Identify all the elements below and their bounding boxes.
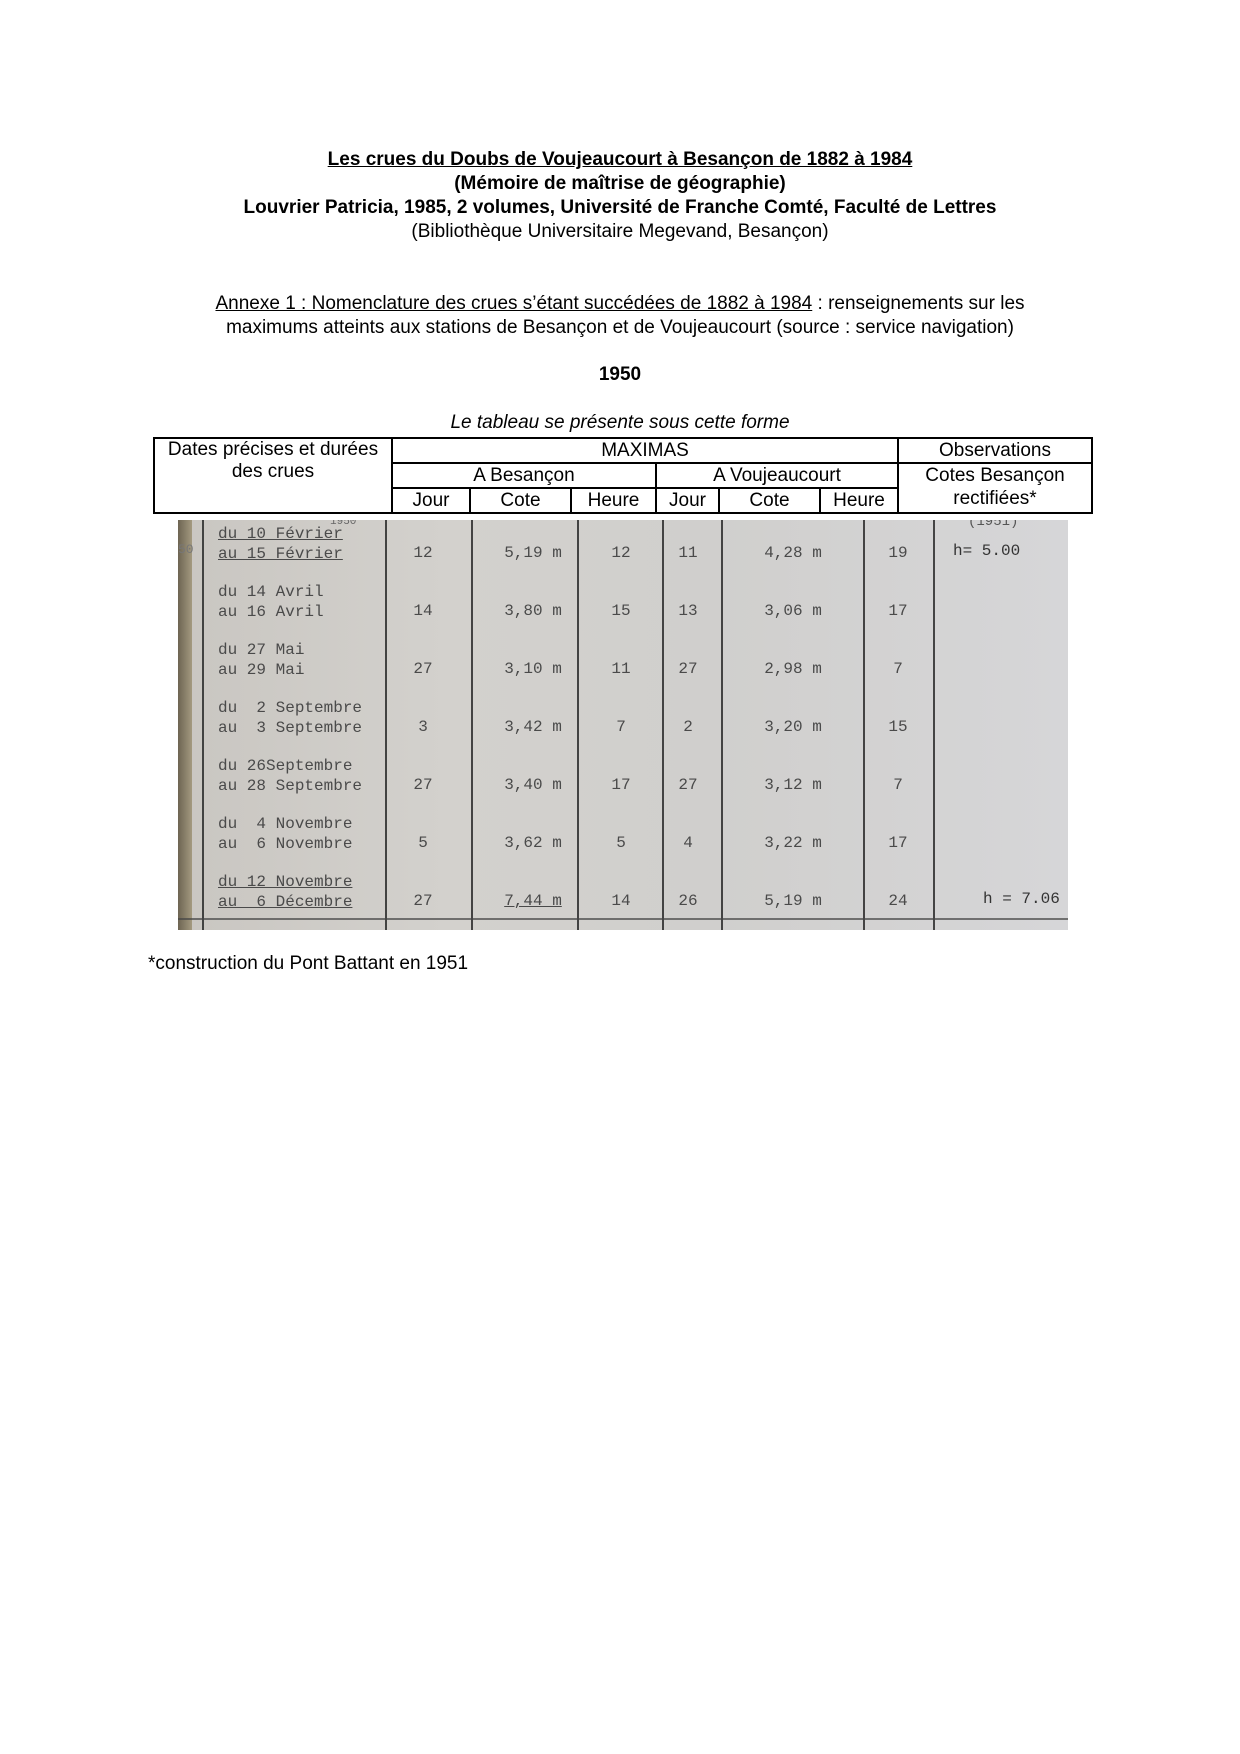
document-header: Les crues du Doubs de Voujeaucourt à Bes… <box>0 148 1240 244</box>
date-from: du 4 Novembre <box>218 815 352 833</box>
besancon-jour: 27 <box>393 660 453 678</box>
header-v-jour: Jour <box>656 488 719 513</box>
library-line: (Bibliothèque Universitaire Megevand, Be… <box>0 220 1240 244</box>
observation: h = 7.06 <box>983 890 1060 908</box>
table-header: Dates précises et durées des crues MAXIM… <box>153 437 1093 514</box>
table-row: du 12 Novembre au 6 Décembre277,44 m1426… <box>178 872 1068 922</box>
date-from: du 26Septembre <box>218 757 352 775</box>
date-from: du 14 Avril <box>218 583 324 601</box>
voujeaucourt-heure: 7 <box>868 776 928 794</box>
footnote: *construction du Pont Battant en 1951 <box>148 953 468 975</box>
besancon-cote: 3,62 m <box>478 834 588 852</box>
besancon-heure: 5 <box>586 834 656 852</box>
table-intro: Le tableau se présente sous cette forme <box>0 412 1240 434</box>
besancon-heure: 7 <box>586 718 656 736</box>
voujeaucourt-jour: 13 <box>658 602 718 620</box>
voujeaucourt-heure: 24 <box>868 892 928 910</box>
date-to: au 3 Septembre <box>218 719 362 737</box>
table-row: du 2 Septembre au 3 Septembre33,42 m723,… <box>178 698 1068 748</box>
besancon-heure: 14 <box>586 892 656 910</box>
date-from: du 10 Février <box>218 525 343 543</box>
header-v-heure: Heure <box>820 488 898 513</box>
voujeaucourt-cote: 3,12 m <box>718 776 868 794</box>
date-from: du 2 Septembre <box>218 699 362 717</box>
besancon-cote: 7,44 m <box>478 892 588 910</box>
table-row: du 4 Novembre au 6 Novembre53,62 m543,22… <box>178 814 1068 864</box>
header-b-cote: Cote <box>470 488 571 513</box>
author-line: Louvrier Patricia, 1985, 2 volumes, Univ… <box>0 196 1240 220</box>
flood-dates: du 2 Septembre au 3 Septembre <box>218 698 362 738</box>
header-cotes-rectifiees: Cotes Besançon rectifiées* <box>898 463 1092 513</box>
voujeaucourt-jour: 26 <box>658 892 718 910</box>
voujeaucourt-jour: 11 <box>658 544 718 562</box>
flood-dates: du 12 Novembre au 6 Décembre <box>218 872 352 912</box>
voujeaucourt-heure: 17 <box>868 602 928 620</box>
voujeaucourt-jour: 2 <box>658 718 718 736</box>
annex-rest: : renseignements sur les <box>812 293 1024 314</box>
header-dates: Dates précises et durées des crues <box>154 438 392 513</box>
header-besancon: A Besançon <box>392 463 656 488</box>
document-subtitle: (Mémoire de maîtrise de géographie) <box>0 172 1240 196</box>
annex-line2: maximums atteints aux stations de Besanç… <box>0 316 1240 340</box>
header-voujeaucourt: A Voujeaucourt <box>656 463 898 488</box>
voujeaucourt-heure: 7 <box>868 660 928 678</box>
besancon-cote: 3,80 m <box>478 602 588 620</box>
flood-dates: du 26Septembre au 28 Septembre <box>218 756 362 796</box>
header-v-cote: Cote <box>719 488 820 513</box>
date-to: au 16 Avril <box>218 603 324 621</box>
flood-dates: du 27 Mai au 29 Mai <box>218 640 304 680</box>
year-heading: 1950 <box>0 364 1240 386</box>
besancon-cote: 3,10 m <box>478 660 588 678</box>
voujeaucourt-jour: 27 <box>658 660 718 678</box>
besancon-jour: 12 <box>393 544 453 562</box>
header-b-heure: Heure <box>571 488 656 513</box>
header-maximas: MAXIMAS <box>392 438 898 463</box>
table-row: du 10 Février au 15 Février125,19 m12114… <box>178 524 1068 574</box>
annex-label: Annexe 1 : Nomenclature des crues s’étan… <box>215 293 812 314</box>
table-row: du 27 Mai au 29 Mai273,10 m11272,98 m7 <box>178 640 1068 690</box>
besancon-jour: 27 <box>393 776 453 794</box>
annex-description: Annexe 1 : Nomenclature des crues s’étan… <box>0 292 1240 340</box>
voujeaucourt-heure: 17 <box>868 834 928 852</box>
besancon-jour: 14 <box>393 602 453 620</box>
flood-dates: du 14 Avril au 16 Avril <box>218 582 324 622</box>
besancon-cote: 3,40 m <box>478 776 588 794</box>
voujeaucourt-cote: 3,20 m <box>718 718 868 736</box>
scanned-table-photo: 50 1950 (1951) du 10 Février au 15 Févri… <box>178 520 1068 930</box>
besancon-cote: 3,42 m <box>478 718 588 736</box>
voujeaucourt-jour: 27 <box>658 776 718 794</box>
flood-dates: du 10 Février au 15 Février <box>218 524 343 564</box>
besancon-heure: 17 <box>586 776 656 794</box>
date-to: au 6 Novembre <box>218 835 352 853</box>
date-to: au 28 Septembre <box>218 777 362 795</box>
voujeaucourt-heure: 19 <box>868 544 928 562</box>
besancon-heure: 11 <box>586 660 656 678</box>
besancon-heure: 15 <box>586 602 656 620</box>
besancon-jour: 3 <box>393 718 453 736</box>
besancon-jour: 5 <box>393 834 453 852</box>
header-b-jour: Jour <box>392 488 470 513</box>
date-to: au 6 Décembre <box>218 893 352 911</box>
date-from: du 27 Mai <box>218 641 304 659</box>
voujeaucourt-cote: 2,98 m <box>718 660 868 678</box>
voujeaucourt-cote: 5,19 m <box>718 892 868 910</box>
voujeaucourt-cote: 3,22 m <box>718 834 868 852</box>
besancon-jour: 27 <box>393 892 453 910</box>
observation: h= 5.00 <box>953 542 1020 560</box>
date-from: du 12 Novembre <box>218 873 352 891</box>
table-row: du 14 Avril au 16 Avril143,80 m15133,06 … <box>178 582 1068 632</box>
date-to: au 15 Février <box>218 545 343 563</box>
voujeaucourt-cote: 3,06 m <box>718 602 868 620</box>
document-title: Les crues du Doubs de Voujeaucourt à Bes… <box>0 148 1240 172</box>
flood-dates: du 4 Novembre au 6 Novembre <box>218 814 352 854</box>
voujeaucourt-cote: 4,28 m <box>718 544 868 562</box>
table-row: du 26Septembre au 28 Septembre273,40 m17… <box>178 756 1068 806</box>
besancon-heure: 12 <box>586 544 656 562</box>
besancon-cote: 5,19 m <box>478 544 588 562</box>
date-to: au 29 Mai <box>218 661 304 679</box>
header-observations: Observations <box>898 438 1092 463</box>
voujeaucourt-heure: 15 <box>868 718 928 736</box>
voujeaucourt-jour: 4 <box>658 834 718 852</box>
